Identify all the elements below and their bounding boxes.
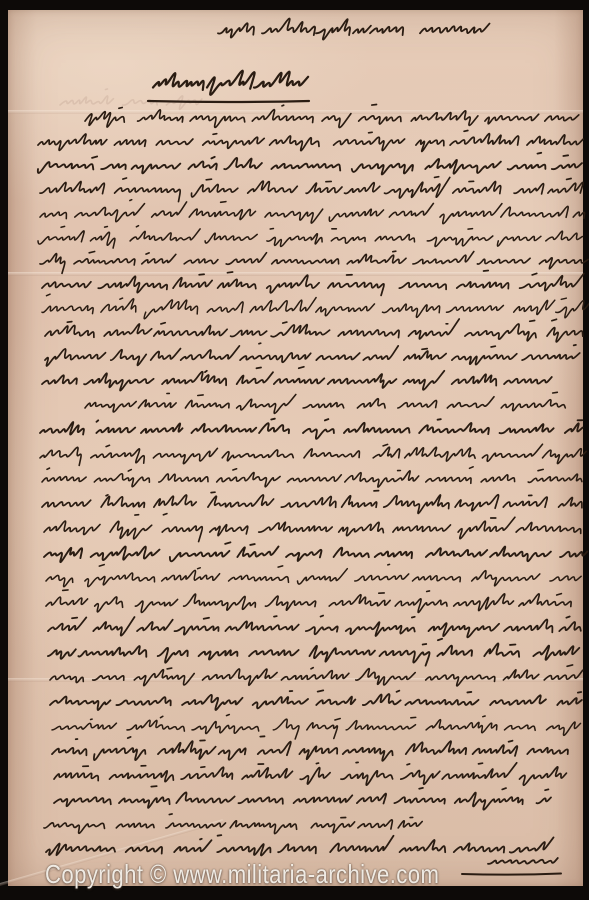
body-script-line (52, 736, 568, 761)
body-script-line (45, 343, 580, 366)
body-script-line (40, 444, 586, 465)
body-script-line (44, 542, 587, 562)
body-script-line (85, 105, 579, 128)
body-script-line (40, 200, 585, 224)
body-script-line (42, 271, 584, 296)
body-script-line (44, 514, 581, 542)
body-script-line (54, 786, 551, 810)
dateline-script (218, 18, 490, 39)
body-script-line (48, 639, 579, 666)
body-script-line (50, 690, 582, 710)
body-script-line (46, 564, 581, 586)
salutation-underline (148, 101, 309, 102)
handwriting-layer (0, 0, 589, 900)
body-script-line (48, 616, 581, 638)
body-script-line (38, 131, 583, 152)
body-script-line (42, 294, 589, 319)
body-script-line (40, 419, 583, 439)
body-script-line (40, 251, 588, 273)
showthrough-ghost (60, 89, 202, 109)
body-script-line (40, 177, 583, 202)
signature-underline (462, 874, 561, 875)
body-script-line (45, 319, 583, 342)
body-script-line (38, 226, 582, 248)
body-script-line (44, 814, 422, 834)
copyright-watermark: Copyright © www.militaria-archive.com (45, 859, 439, 890)
body-script-line (52, 715, 581, 740)
scanned-letter-photo: Copyright © www.militaria-archive.com (0, 0, 589, 900)
salutation-script (153, 71, 308, 95)
body-script-line (54, 762, 566, 785)
body-script-line (46, 835, 554, 855)
body-script-line (42, 491, 582, 514)
signature-script (488, 858, 558, 864)
body-script-line (42, 367, 552, 391)
body-script-line (46, 590, 571, 613)
body-script-line (38, 153, 582, 175)
body-script-line (85, 392, 565, 413)
body-script-line (50, 665, 583, 686)
body-script-line (42, 467, 582, 487)
